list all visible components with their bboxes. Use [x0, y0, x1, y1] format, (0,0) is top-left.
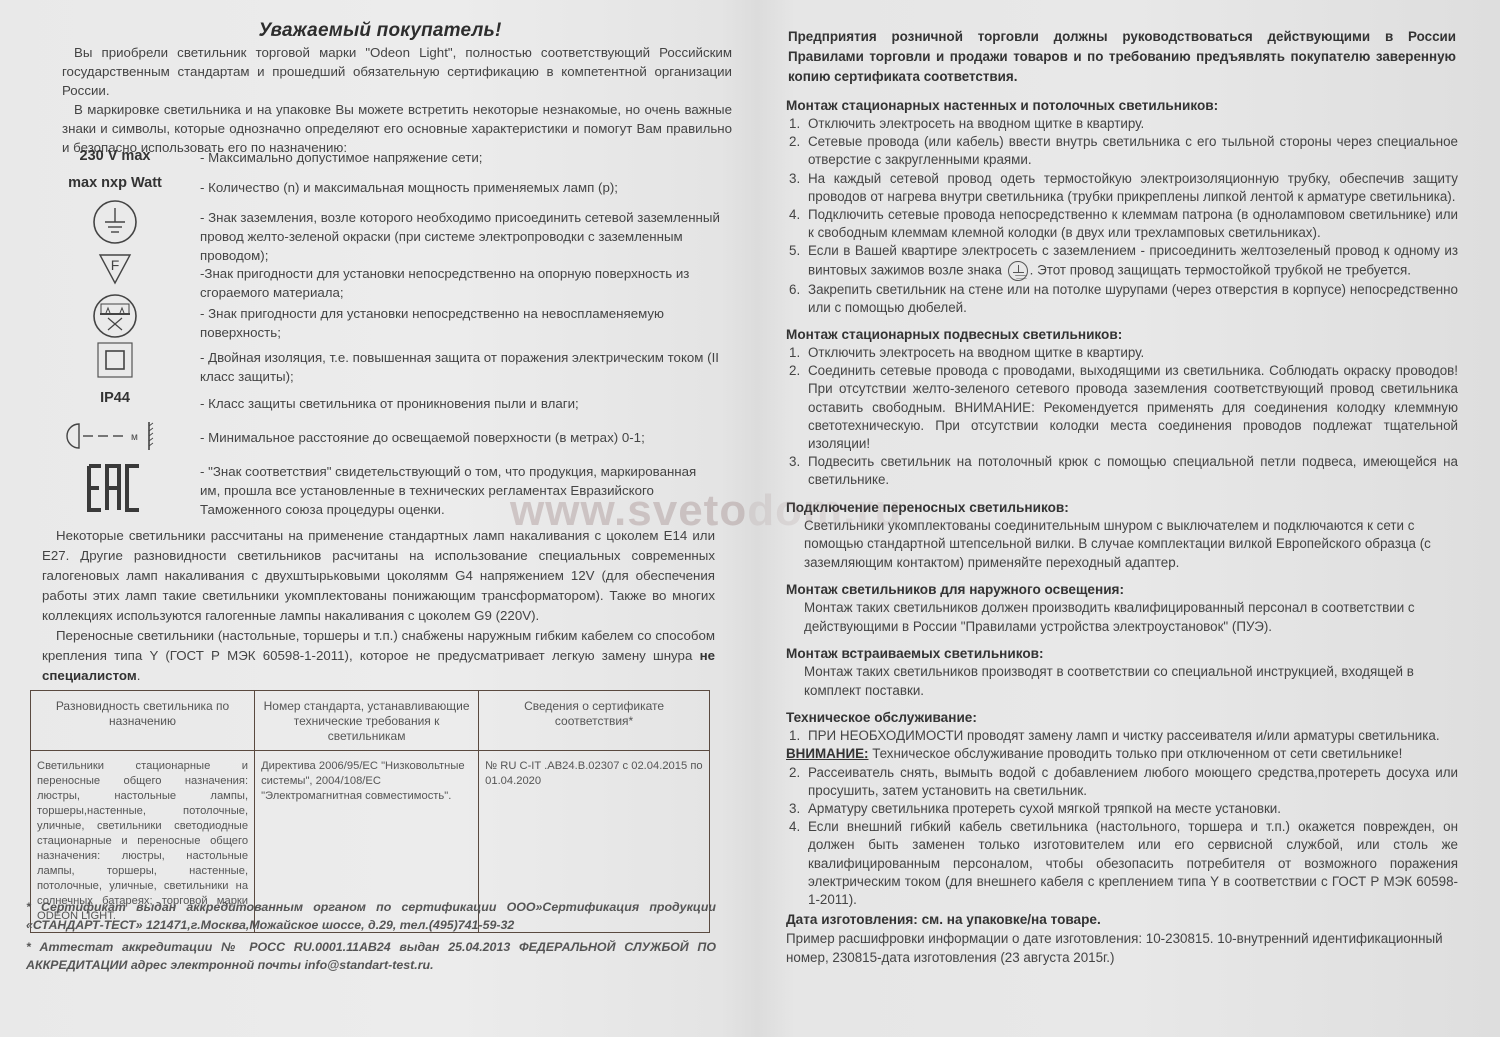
- section-portable: Подключение переносных светильников: Све…: [786, 498, 1458, 573]
- intro-paragraph: Вы приобрели светильник торговой марки "…: [62, 43, 732, 100]
- symbol-description: - Знак заземления, возле которого необхо…: [200, 208, 720, 265]
- list-item: 1.ПРИ НЕОБХОДИМОСТИ проводят замену ламп…: [786, 727, 1458, 745]
- ground-icon: [1008, 261, 1028, 281]
- section-body: Монтаж таких светильников производят в с…: [786, 663, 1458, 700]
- section-title: Монтаж стационарных подвесных светильник…: [786, 325, 1458, 344]
- section-body: Монтаж таких светильников должен произво…: [786, 599, 1458, 636]
- list-item: 1.Отключить электросеть на вводном щитке…: [786, 344, 1458, 362]
- footnote: * Аттестат аккредитации № РОСС RU.0001.1…: [26, 938, 716, 974]
- section-maintenance: Техническое обслуживание: 1.ПРИ НЕОБХОДИ…: [786, 708, 1458, 909]
- table-header: Сведения о сертификате соответствия*: [479, 691, 710, 751]
- section-recessed: Монтаж встраиваемых светильников: Монтаж…: [786, 644, 1458, 700]
- list-item: 4.Если внешний гибкий кабель светильника…: [786, 818, 1458, 909]
- non-flammable-surface-icon: [91, 292, 139, 340]
- section-title: Подключение переносных светильников:: [786, 498, 1458, 517]
- section-wall-ceiling-mount: Монтаж стационарных настенных и потолочн…: [786, 96, 1458, 317]
- symbol-description: -Знак пригодности для установки непосред…: [200, 264, 720, 302]
- list-item: 3.На каждый сетевой провод одеть термост…: [786, 170, 1458, 206]
- ip-rating-label: IP44: [100, 390, 130, 406]
- retail-notice: Предприятия розничной торговли должны ру…: [788, 27, 1456, 87]
- list-item: 2.Сетевые провода (или кабель) ввести вн…: [786, 133, 1458, 169]
- wattage-label: max nxp Watt: [68, 175, 162, 191]
- lamp-info-text: Некоторые светильники рассчитаны на прим…: [42, 526, 715, 686]
- footnotes: * Сертификат выдан аккредитованным орган…: [26, 898, 716, 974]
- section-title: Техническое обслуживание:: [786, 708, 1458, 727]
- list-item: 5.Если в Вашей квартире электросеть с за…: [786, 242, 1458, 280]
- symbol-description: - "Знак соответствия" свидетельствующий …: [200, 462, 720, 519]
- eac-mark-icon: [87, 462, 143, 514]
- ground-icon: [91, 198, 139, 246]
- list-item: 6.Закрепить светильник на стене или на п…: [786, 281, 1458, 317]
- symbol-description: - Двойная изоляция, т.е. повышенная защи…: [200, 348, 720, 386]
- attention-note: ВНИМАНИЕ: Техническое обслуживание прово…: [786, 745, 1458, 763]
- page-title: Уважаемый покупатель!: [0, 20, 760, 42]
- section-title: Монтаж светильников для наружного освеще…: [786, 580, 1458, 599]
- left-page: Уважаемый покупатель! Вы приобрели свети…: [0, 0, 760, 1037]
- voltage-label: 230 V max: [80, 148, 151, 164]
- symbol-description: - Знак пригодности для установки непосре…: [200, 304, 720, 342]
- list-item: 3.Арматуру светильника протереть сухой м…: [786, 800, 1458, 818]
- symbol-description: - Количество (n) и максимальная мощность…: [200, 178, 720, 197]
- symbol-description: - Минимальное расстояние до освещаемой п…: [200, 428, 720, 447]
- instructions: Монтаж стационарных настенных и потолочн…: [786, 96, 1458, 917]
- section-title: Дата изготовления: см. на упаковке/на то…: [786, 910, 1458, 929]
- list-item: 4.Подключить сетевые провода непосредств…: [786, 206, 1458, 242]
- min-distance-icon: м: [65, 420, 165, 452]
- list-item: 2.Рассеиватель снять, вымыть водой с доб…: [786, 764, 1458, 800]
- certificate-table: Разновидность светильника по назначению …: [30, 690, 710, 933]
- list-item: 3.Подвесить светильник на потолочный крю…: [786, 453, 1458, 489]
- manufacture-date: Дата изготовления: см. на упаковке/на то…: [786, 910, 1458, 967]
- right-page: Предприятия розничной торговли должны ру…: [760, 0, 1500, 1037]
- f-triangle-icon: F: [98, 253, 132, 285]
- section-pendant-mount: Монтаж стационарных подвесных светильник…: [786, 325, 1458, 490]
- symbol-description: - Класс защиты светильника от проникнове…: [200, 394, 720, 413]
- paragraph: Переносные светильники (настольные, торш…: [42, 626, 715, 686]
- section-outdoor: Монтаж светильников для наружного освеще…: [786, 580, 1458, 636]
- intro-text: Вы приобрели светильник торговой марки "…: [62, 43, 732, 157]
- section-title: Монтаж встраиваемых светильников:: [786, 644, 1458, 663]
- list-item: 1.Отключить электросеть на вводном щитке…: [786, 115, 1458, 133]
- table-header: Номер стандарта, устанавливающие техниче…: [255, 691, 479, 751]
- svg-text:м: м: [131, 432, 138, 443]
- section-title: Монтаж стационарных настенных и потолочн…: [786, 96, 1458, 115]
- footnote: * Сертификат выдан аккредитованным орган…: [26, 898, 716, 934]
- symbol-description: - Максимально допустимое напряжение сети…: [200, 148, 720, 167]
- table-header: Разновидность светильника по назначению: [31, 691, 255, 751]
- list-item: 2.Соединить сетевые провода с проводами,…: [786, 362, 1458, 453]
- paragraph: Некоторые светильники рассчитаны на прим…: [42, 526, 715, 626]
- svg-text:F: F: [111, 257, 120, 273]
- section-body: Пример расшифровки информации о дате изг…: [786, 929, 1458, 967]
- double-insulation-icon: [97, 342, 133, 378]
- section-body: Светильники укомплектованы соединительны…: [786, 517, 1458, 573]
